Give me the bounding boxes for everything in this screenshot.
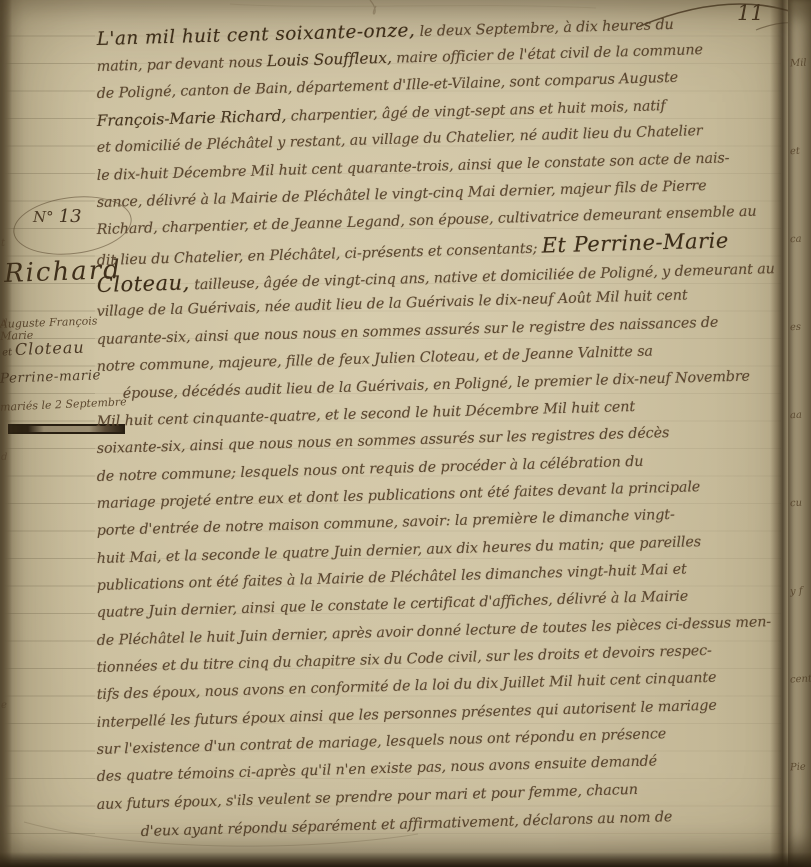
margin-bride-surname: Cloteau — [15, 338, 85, 359]
margin-bride-surname-row: etCloteau — [2, 338, 85, 360]
facing-text-fragment: Mil — [790, 58, 807, 70]
facing-page-edge: Miletcaesaacuy fcentPie — [788, 0, 811, 867]
left-edge-text-fragment: e — [1, 700, 7, 711]
left-edge-text-fragment: d — [1, 452, 7, 463]
text-segment: François-Marie Richard, — [97, 107, 287, 130]
margin-bride-given-names: Perrine-marie — [0, 367, 101, 387]
text-segment: Cloteau, — [96, 271, 190, 298]
facing-text-fragment: cu — [790, 498, 803, 510]
manuscript-body: L'an mil huit cent soixante-onze, le deu… — [97, 26, 783, 846]
text-segment: le deux Septembre, à dix heures du — [415, 17, 674, 40]
margin-conjunction: et — [2, 347, 12, 358]
left-edge-text-fragment: il — [1, 318, 7, 329]
facing-text-fragment: es — [790, 322, 802, 334]
page-bottom-shadow — [0, 852, 811, 867]
text-segment: Et Perrine-Marie — [541, 228, 729, 257]
facing-text-fragment: Pie — [790, 762, 806, 774]
text-segment: Louis Souffleux, — [267, 49, 393, 70]
facing-text-fragment: ca — [790, 234, 802, 246]
facing-text-fragment: cent — [790, 673, 811, 685]
facing-text-fragment: y f — [790, 586, 803, 598]
register-page: 11 N°13 Richard Auguste François Marie e… — [0, 0, 811, 867]
left-edge-text-fragment: t — [1, 238, 5, 249]
text-segment: matin, par devant nous — [97, 55, 267, 76]
text-segment: maire officier de l'état civil de la com… — [392, 42, 703, 67]
act-number-value: 13 — [59, 206, 82, 227]
gutter-fold — [770, 0, 788, 867]
facing-text-fragment: aa — [790, 410, 802, 422]
ruled-lines-left — [0, 9, 95, 861]
facing-text-fragment: et — [790, 146, 800, 158]
act-number-label: N° — [33, 208, 54, 226]
act-number: N°13 — [33, 206, 82, 227]
